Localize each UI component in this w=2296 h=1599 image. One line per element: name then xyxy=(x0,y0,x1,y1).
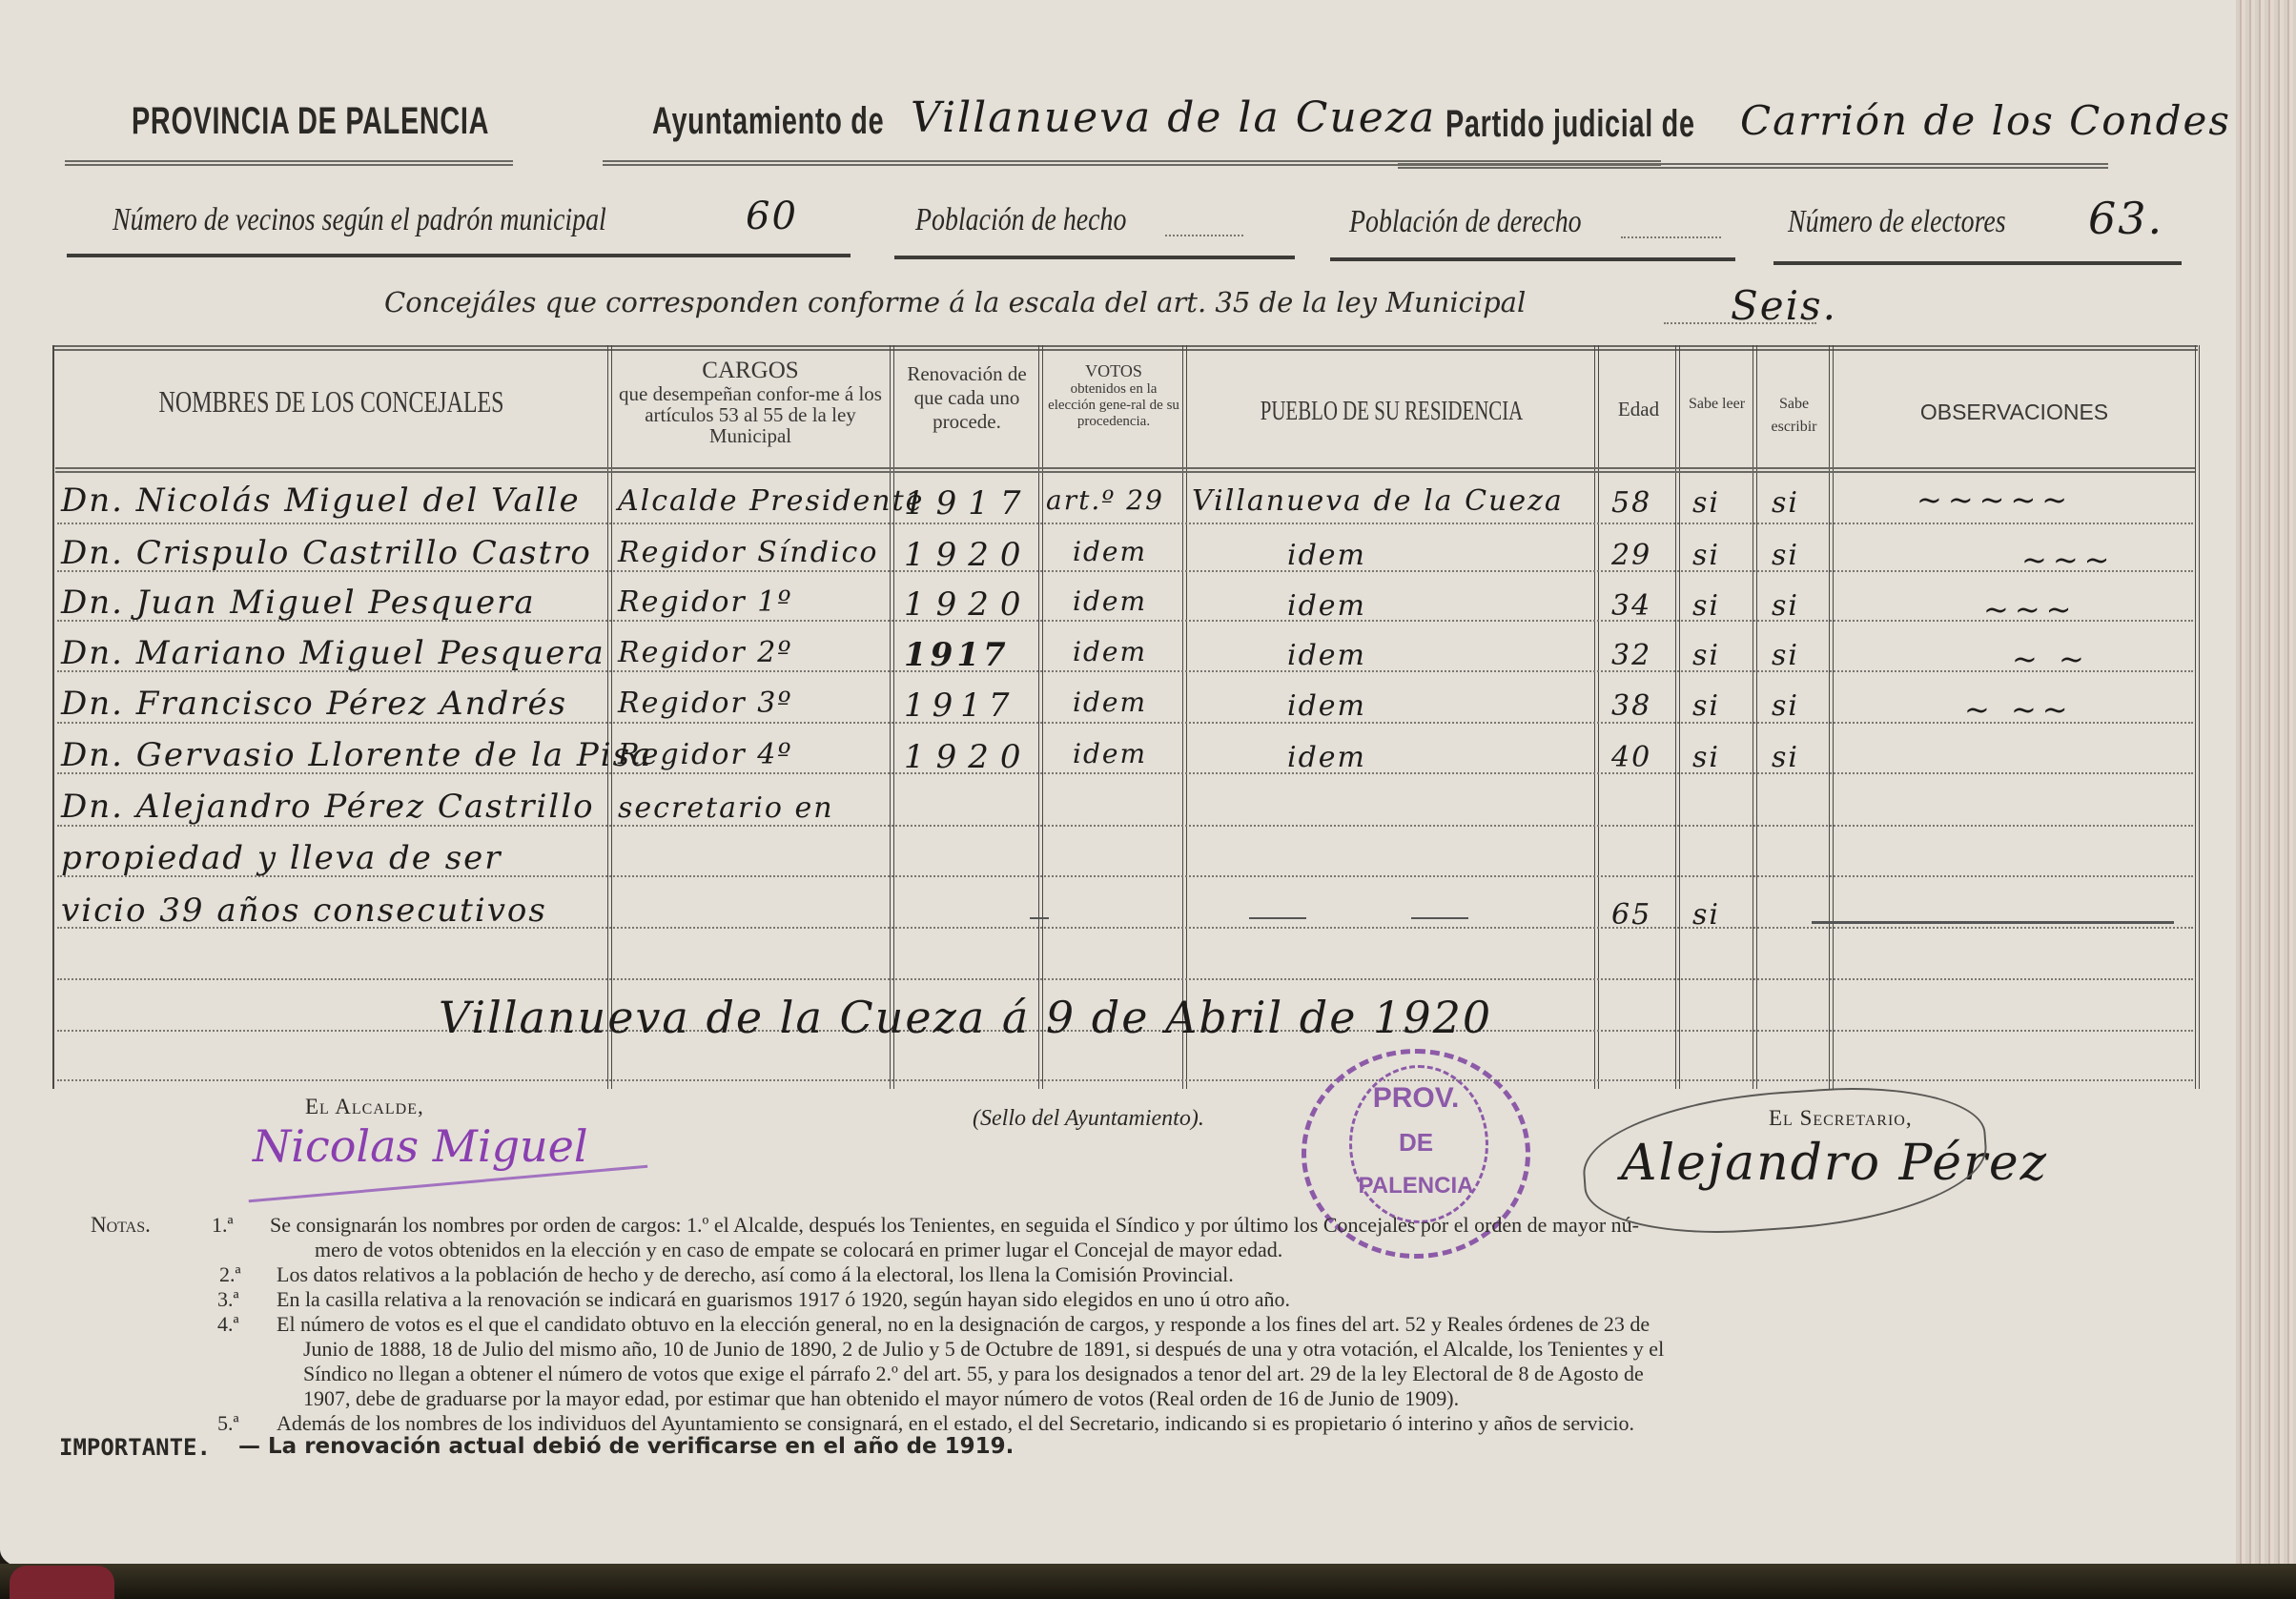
row-5-edad: 38 xyxy=(1611,689,1651,723)
row-4-edad: 32 xyxy=(1611,639,1651,672)
row-3-pueblo: idem xyxy=(1287,589,1366,623)
stamp-text-top: PROV. xyxy=(1306,1082,1526,1115)
row-3-nombre: Dn. Juan Miguel Pesquera xyxy=(61,584,536,622)
secretary-name: Dn. Alejandro Pérez Castrillo xyxy=(61,788,595,826)
row-2-cargo: Regidor Síndico xyxy=(618,536,878,569)
column-divider xyxy=(1182,345,1187,1089)
concejales-label: Concejáles que corresponden conforme á l… xyxy=(384,286,1526,318)
poblacion-hecho-field xyxy=(1165,235,1243,236)
row-5-escribir: si xyxy=(1772,689,1799,723)
note-1-line-a: Se consignarán los nombres por orden de … xyxy=(270,1213,1639,1237)
row-1-observaciones: ~~~~~ xyxy=(1917,482,2073,518)
stats-divider xyxy=(894,256,1295,259)
stats-divider xyxy=(1773,261,2182,265)
row-6-nombre: Dn. Gervasio Llorente de la Pisa xyxy=(61,736,652,774)
header-votos-sub: obtenidos en la elección gene-ral de su … xyxy=(1045,381,1182,430)
alcalde-signature: Nicolas Miguel xyxy=(253,1120,588,1172)
note-4-line-c: Síndico no llegan a obtener el número de… xyxy=(303,1362,1644,1385)
secretary-cargo: secretario en xyxy=(618,791,834,825)
row-1-leer: si xyxy=(1692,486,1720,520)
row-6-escribir: si xyxy=(1772,741,1799,774)
row-2-edad: 29 xyxy=(1611,539,1651,572)
partido-judicial-value: Carrión de los Condes xyxy=(1740,97,2231,144)
row-6-edad: 40 xyxy=(1611,741,1651,774)
secretary-note-line-2: propiedad y lleva de ser xyxy=(61,839,502,877)
poblacion-hecho-label: Población de hecho xyxy=(915,202,1126,238)
header-cargos-title: CARGOS xyxy=(612,359,889,383)
row-5-votos: idem xyxy=(1073,687,1147,718)
page-stack-edge xyxy=(2236,0,2296,1568)
header-observaciones: OBSERVACIONES xyxy=(1835,400,2193,423)
notes-title: Notas. xyxy=(91,1213,151,1237)
row-4-pueblo: idem xyxy=(1287,639,1366,672)
stats-divider xyxy=(1330,257,1735,261)
row-3-cargo: Regidor 1º xyxy=(618,585,792,619)
row-4-renovacion: 1917 xyxy=(904,636,1010,674)
ayuntamiento-value: Villanueva de la Cueza xyxy=(911,93,1436,142)
row-3-leer: si xyxy=(1692,589,1720,623)
note-1-line-b: mero de votos obtenidos en la elección y… xyxy=(315,1238,1282,1261)
column-divider xyxy=(1753,345,1757,1089)
row-1-pueblo: Villanueva de la Cueza xyxy=(1192,484,1564,518)
poblacion-derecho-label: Población de derecho xyxy=(1349,204,1582,240)
row-guide xyxy=(57,978,2193,980)
row-2-nombre: Dn. Crispulo Castrillo Castro xyxy=(61,534,592,572)
row-guide xyxy=(57,523,2193,524)
header-sabe-escribir: Sabe escribir xyxy=(1759,393,1829,439)
row-2-renovacion: 1920 xyxy=(904,536,1033,574)
row-3-escribir: si xyxy=(1772,589,1799,623)
row-6-leer: si xyxy=(1692,741,1720,774)
row-1-votos: art.º 29 xyxy=(1046,484,1164,516)
row-4-cargo: Regidor 2º xyxy=(618,636,792,669)
header-cargos-sub: que desempeñan confor-me á los artículos… xyxy=(612,383,889,446)
note-5-text: Además de los nombres de los individuos … xyxy=(277,1411,1634,1435)
place-date: Villanueva de la Cueza á 9 de Abril de 1… xyxy=(439,992,1492,1043)
header-renovacion: Renovación de que cada uno procede. xyxy=(896,362,1037,434)
header-sabe-leer: Sabe leer xyxy=(1682,393,1752,416)
row-3-observaciones: ~~~ xyxy=(1983,591,2077,627)
secretary-note-line-3: vicio 39 años consecutivos xyxy=(61,892,547,930)
header-nombres: NOMBRES DE LOS CONCEJALES xyxy=(126,386,537,419)
dash-mark xyxy=(1030,917,1049,919)
header-edad: Edad xyxy=(1602,399,1675,420)
dash-mark xyxy=(1249,917,1306,919)
row-1-nombre: Dn. Nicolás Miguel del Valle xyxy=(61,482,581,520)
vecinos-value: 60 xyxy=(746,195,798,238)
ayuntamiento-label: Ayuntamiento de xyxy=(652,100,884,143)
row-6-votos: idem xyxy=(1073,738,1147,769)
note-4-line-d: 1907, debe de graduarse por la mayor eda… xyxy=(303,1386,1459,1410)
sello-label: (Sello del Ayuntamiento). xyxy=(973,1106,1204,1132)
stamp-text-bottom: PALENCIA xyxy=(1306,1173,1526,1199)
row-4-votos: idem xyxy=(1073,636,1147,667)
note-5-number: 5.ª xyxy=(217,1411,239,1435)
secretary-leer: si xyxy=(1692,898,1720,932)
table-left-border xyxy=(52,345,54,1089)
header-pueblo: PUEBLO DE SU RESIDENCIA xyxy=(1246,397,1538,425)
row-3-renovacion: 1920 xyxy=(904,585,1033,624)
note-4-number: 4.ª xyxy=(217,1312,239,1336)
column-divider xyxy=(1594,345,1599,1089)
row-5-cargo: Regidor 3º xyxy=(618,687,792,720)
book-cover-corner xyxy=(10,1566,114,1599)
note-1-number: 1.ª xyxy=(212,1213,234,1237)
column-divider xyxy=(1829,345,1834,1089)
stamp-text-mid: DE xyxy=(1306,1128,1526,1158)
note-3-number: 3.ª xyxy=(217,1287,239,1311)
row-4-leer: si xyxy=(1692,639,1720,672)
column-divider xyxy=(607,345,612,1089)
alcalde-label: El Alcalde, xyxy=(305,1095,424,1119)
book-cover-edge xyxy=(0,1564,2296,1599)
column-divider xyxy=(1675,345,1680,1089)
important-label: IMPORTANTE. xyxy=(59,1434,211,1461)
table-right-border xyxy=(2195,345,2200,1089)
row-1-escribir: si xyxy=(1772,486,1799,520)
note-4-line-b: Junio de 1888, 18 de Julio del mismo año… xyxy=(303,1337,1664,1361)
row-2-votos: idem xyxy=(1073,536,1147,567)
row-2-observaciones: ~~~ xyxy=(2021,542,2115,578)
electores-label: Número de electores xyxy=(1788,204,2006,240)
electores-value: 63. xyxy=(2088,193,2163,244)
row-2-pueblo: idem xyxy=(1287,539,1366,572)
province-title: PROVINCIA DE PALENCIA xyxy=(132,100,489,143)
row-1-edad: 58 xyxy=(1611,486,1651,520)
table-top-border xyxy=(52,345,2198,351)
row-5-observaciones: ~ ~~ xyxy=(1964,691,2074,728)
row-2-leer: si xyxy=(1692,539,1720,572)
column-divider xyxy=(1038,345,1043,1089)
row-guide xyxy=(57,1079,2193,1081)
header-divider xyxy=(65,160,513,166)
header-votos-title: VOTOS xyxy=(1045,362,1182,380)
row-5-nombre: Dn. Francisco Pérez Andrés xyxy=(61,685,567,723)
stats-divider xyxy=(67,254,851,257)
row-2-escribir: si xyxy=(1772,539,1799,572)
row-4-escribir: si xyxy=(1772,639,1799,672)
note-4-line-a: El número de votos es el que el candidat… xyxy=(277,1312,1650,1336)
row-5-renovacion: 1917 xyxy=(904,687,1017,725)
note-2-number: 2.ª xyxy=(219,1262,241,1286)
note-2-text: Los datos relativos a la población de he… xyxy=(277,1262,1234,1286)
column-divider xyxy=(890,345,894,1089)
header-bottom-border xyxy=(55,467,2195,473)
row-1-renovacion: 1917 xyxy=(904,484,1033,523)
poblacion-derecho-field xyxy=(1621,236,1721,238)
row-6-pueblo: idem xyxy=(1287,741,1366,774)
concejales-value: Seis. xyxy=(1731,282,1837,329)
row-6-cargo: Regidor 4º xyxy=(618,738,792,771)
row-5-pueblo: idem xyxy=(1287,689,1366,723)
header-divider xyxy=(1398,163,2108,169)
dash-mark xyxy=(1411,917,1468,919)
row-6-renovacion: 1920 xyxy=(904,738,1033,776)
row-4-nombre: Dn. Mariano Miguel Pesquera xyxy=(61,634,605,672)
row-5-leer: si xyxy=(1692,689,1720,723)
row-4-observaciones: ~ ~ xyxy=(2012,641,2090,677)
dash-mark xyxy=(1812,921,2174,924)
important-text: — La renovación actual debió de verifica… xyxy=(238,1434,1014,1459)
row-3-edad: 34 xyxy=(1611,589,1651,623)
row-3-votos: idem xyxy=(1073,585,1147,617)
secretary-edad: 65 xyxy=(1611,898,1651,932)
row-1-cargo: Alcalde Presidente xyxy=(618,484,924,518)
vecinos-label: Número de vecinos según el padrón munici… xyxy=(113,202,606,238)
partido-judicial-label: Partido judicial de xyxy=(1445,103,1695,146)
note-3-text: En la casilla relativa a la renovación s… xyxy=(277,1287,1290,1311)
